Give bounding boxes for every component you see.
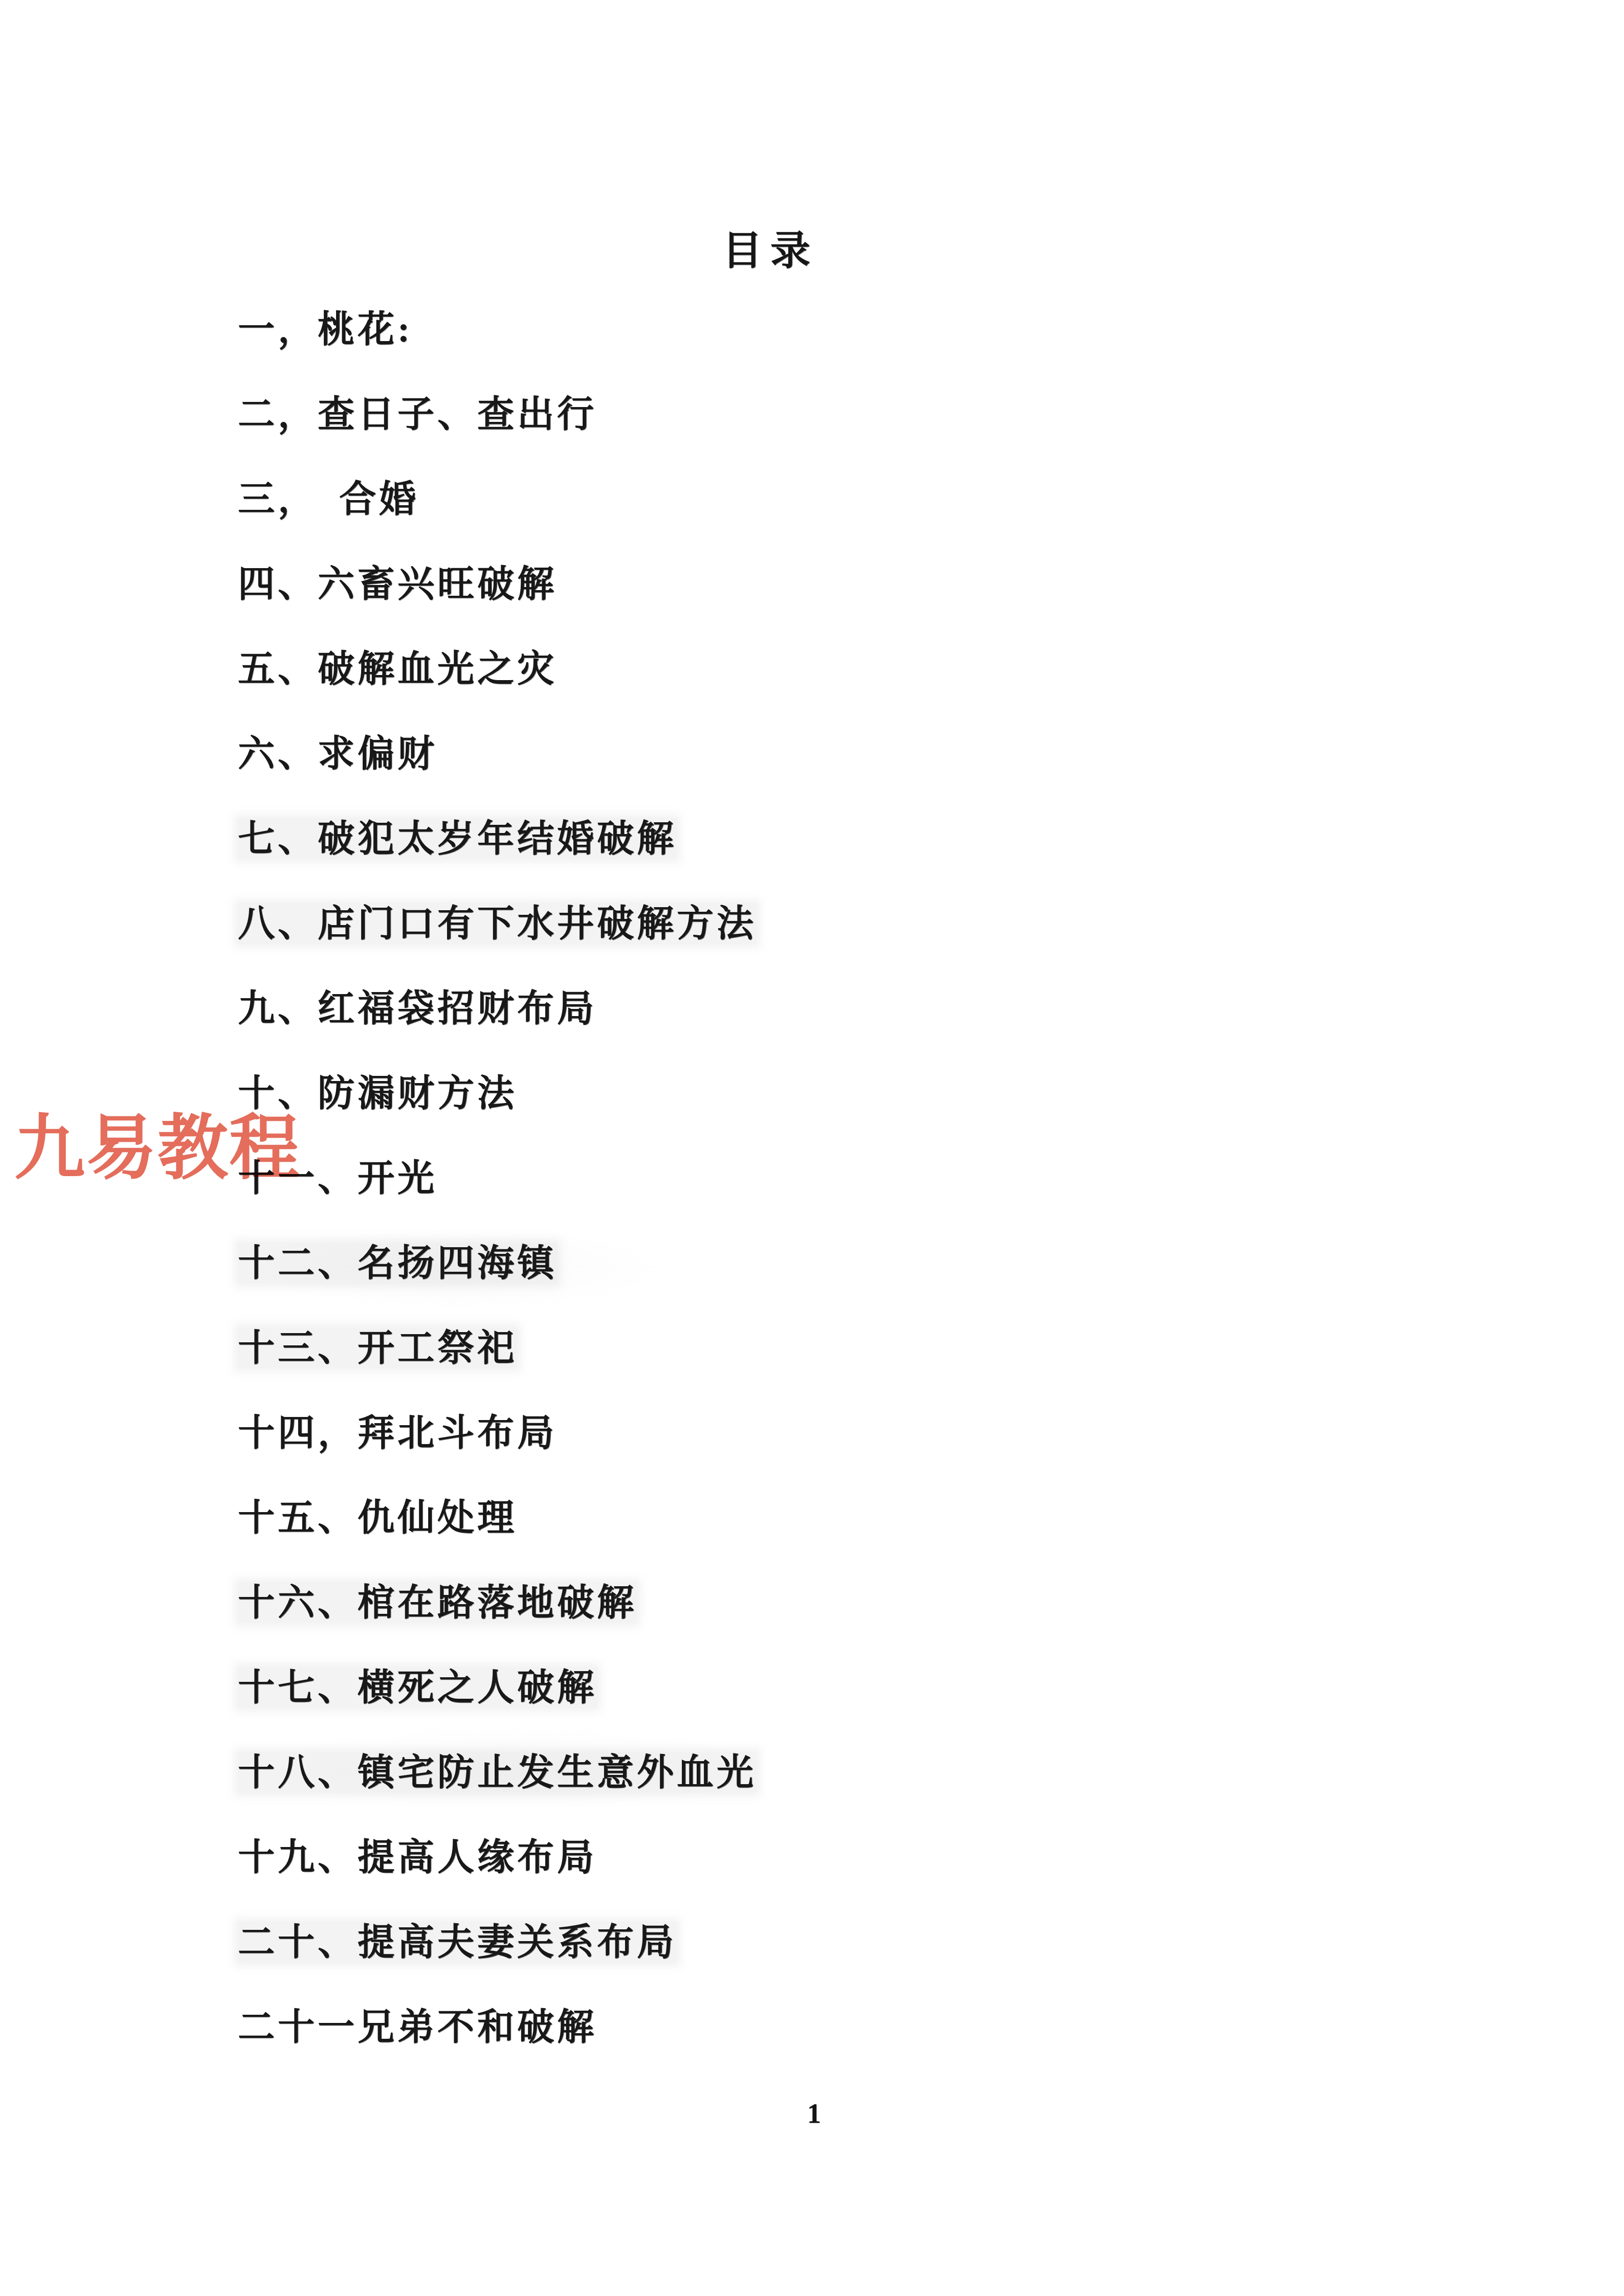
watermark-jiuyi-jiaocheng: 九易教程 bbox=[14, 1113, 301, 1183]
toc-item-label: 二十一兄弟不和破解 bbox=[238, 2007, 597, 2047]
toc-item-9: 九、红福袋招财布局 bbox=[238, 990, 597, 1027]
toc-item-18: 十八、镇宅防止发生意外血光 bbox=[238, 1754, 757, 1791]
toc-item-label: 十、防漏财方法 bbox=[238, 1073, 517, 1114]
toc-item-13: 十三、开工祭祀 bbox=[238, 1330, 517, 1366]
paper-background: 目录 一，桃花: 二，查日子、查出行 三， 合婚 四、六畜兴旺破解 五、破解血光… bbox=[0, 0, 1624, 2296]
toc-item-19: 十九、提高人缘布局 bbox=[238, 1839, 597, 1876]
toc-item-5: 五、破解血光之灾 bbox=[238, 650, 557, 687]
toc-item-17: 十七、横死之人破解 bbox=[238, 1669, 597, 1706]
page-title: 目录 bbox=[722, 219, 818, 276]
toc-item-label: 二十、提高夫妻关系布局 bbox=[238, 1922, 677, 1963]
toc-item-label: 五、破解血光之灾 bbox=[238, 648, 557, 689]
toc-item-20: 二十、提高夫妻关系布局 bbox=[238, 1924, 677, 1961]
toc-item-14: 十四，拜北斗布局 bbox=[238, 1414, 557, 1451]
toc-item-label: 十三、开工祭祀 bbox=[238, 1327, 517, 1368]
toc-item-label: 十七、横死之人破解 bbox=[238, 1667, 597, 1708]
toc-item-10: 十、防漏财方法 bbox=[238, 1075, 517, 1112]
toc-item-2: 二，查日子、查出行 bbox=[238, 396, 597, 433]
toc-item-label: 一，桃花: bbox=[238, 309, 413, 350]
toc-item-label: 十二、名扬四海镇 bbox=[238, 1243, 557, 1284]
toc-item-16: 十六、棺在路落地破解 bbox=[238, 1584, 637, 1621]
toc-item-15: 十五、仇仙处理 bbox=[238, 1499, 517, 1536]
toc-item-label: 十四，拜北斗布局 bbox=[238, 1412, 557, 1453]
document-page: { "title": "目录", "watermark": { "text": … bbox=[0, 0, 1624, 2296]
toc-item-1: 一，桃花: bbox=[238, 311, 413, 348]
toc-item-3: 三， 合婚 bbox=[238, 481, 419, 517]
toc-item-label: 九、红福袋招财布局 bbox=[238, 988, 597, 1029]
toc-item-label: 四、六畜兴旺破解 bbox=[238, 564, 557, 604]
toc-item-label: 十八、镇宅防止发生意外血光 bbox=[238, 1752, 757, 1793]
toc-item-7: 七、破犯太岁年结婚破解 bbox=[238, 820, 677, 857]
page-number: 1 bbox=[807, 2100, 821, 2127]
toc-item-4: 四、六畜兴旺破解 bbox=[238, 566, 557, 602]
toc-item-12: 十二、名扬四海镇 bbox=[238, 1245, 557, 1281]
toc-item-label: 三， 合婚 bbox=[238, 479, 419, 520]
toc-item-label: 八、店门口有下水井破解方法 bbox=[238, 903, 757, 944]
toc-item-label: 十五、仇仙处理 bbox=[238, 1497, 517, 1538]
toc-item-label: 十六、棺在路落地破解 bbox=[238, 1582, 637, 1623]
toc-item-8: 八、店门口有下水井破解方法 bbox=[238, 905, 757, 942]
toc-item-label: 七、破犯太岁年结婚破解 bbox=[238, 818, 677, 859]
toc-item-label: 六、求偏财 bbox=[238, 733, 437, 774]
toc-item-21: 二十一兄弟不和破解 bbox=[238, 2009, 597, 2045]
toc-item-label: 十九、提高人缘布局 bbox=[238, 1837, 597, 1878]
toc-item-label: 二，查日子、查出行 bbox=[238, 394, 597, 435]
toc-item-6: 六、求偏财 bbox=[238, 735, 437, 772]
